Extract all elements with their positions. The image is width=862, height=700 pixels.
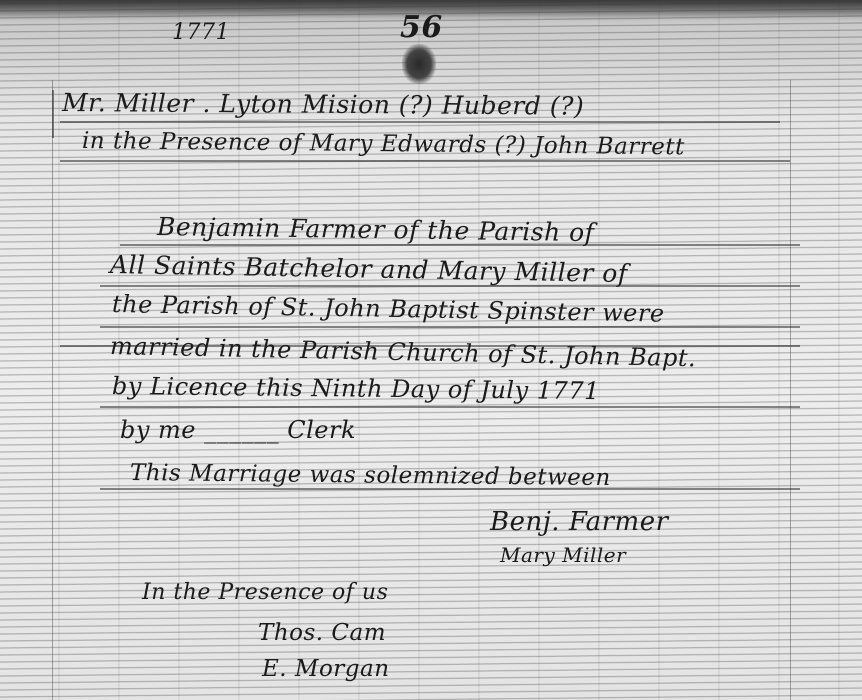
- ruled-line: [60, 160, 790, 162]
- document-scan: 1771 56 Mr. Miller . Lyton Mision (?) Hu…: [0, 0, 862, 700]
- ruled-line: [60, 121, 780, 123]
- witness-signature: Thos. Cam: [258, 620, 386, 646]
- ink-smudge: [402, 44, 436, 84]
- entry-line: the Parish of St. John Baptist Spinster …: [112, 290, 665, 328]
- left-margin-line: [52, 80, 53, 700]
- entry-bracket: [52, 90, 60, 138]
- folio-number: 56: [400, 10, 443, 45]
- witnesses-label: In the Presence of us: [142, 580, 388, 605]
- entry-line: by me ______ Clerk: [120, 416, 356, 444]
- year-heading: 1771: [172, 20, 230, 45]
- groom-signature: Benj. Farmer: [490, 507, 669, 537]
- bride-signature: Mary Miller: [500, 543, 626, 567]
- header-entry-line-2: in the Presence of Mary Edwards (?) John…: [82, 128, 685, 160]
- entry-line: married in the Parish Church of St. John…: [110, 332, 697, 372]
- ruled-line: [100, 406, 800, 408]
- right-margin-line: [790, 80, 791, 700]
- ruled-line: [100, 326, 800, 328]
- header-entry-line-1: Mr. Miller . Lyton Mision (?) Huberd (?): [62, 88, 584, 121]
- entry-line: by Licence this Ninth Day of July 1771: [112, 372, 600, 405]
- ruled-line: [100, 285, 800, 287]
- entry-line: All Saints Batchelor and Mary Miller of: [110, 250, 628, 288]
- witness-signature: E. Morgan: [262, 656, 390, 682]
- entry-line: Benjamin Farmer of the Parish of: [157, 212, 595, 247]
- entry-line: This Marriage was solemnized between: [130, 460, 611, 491]
